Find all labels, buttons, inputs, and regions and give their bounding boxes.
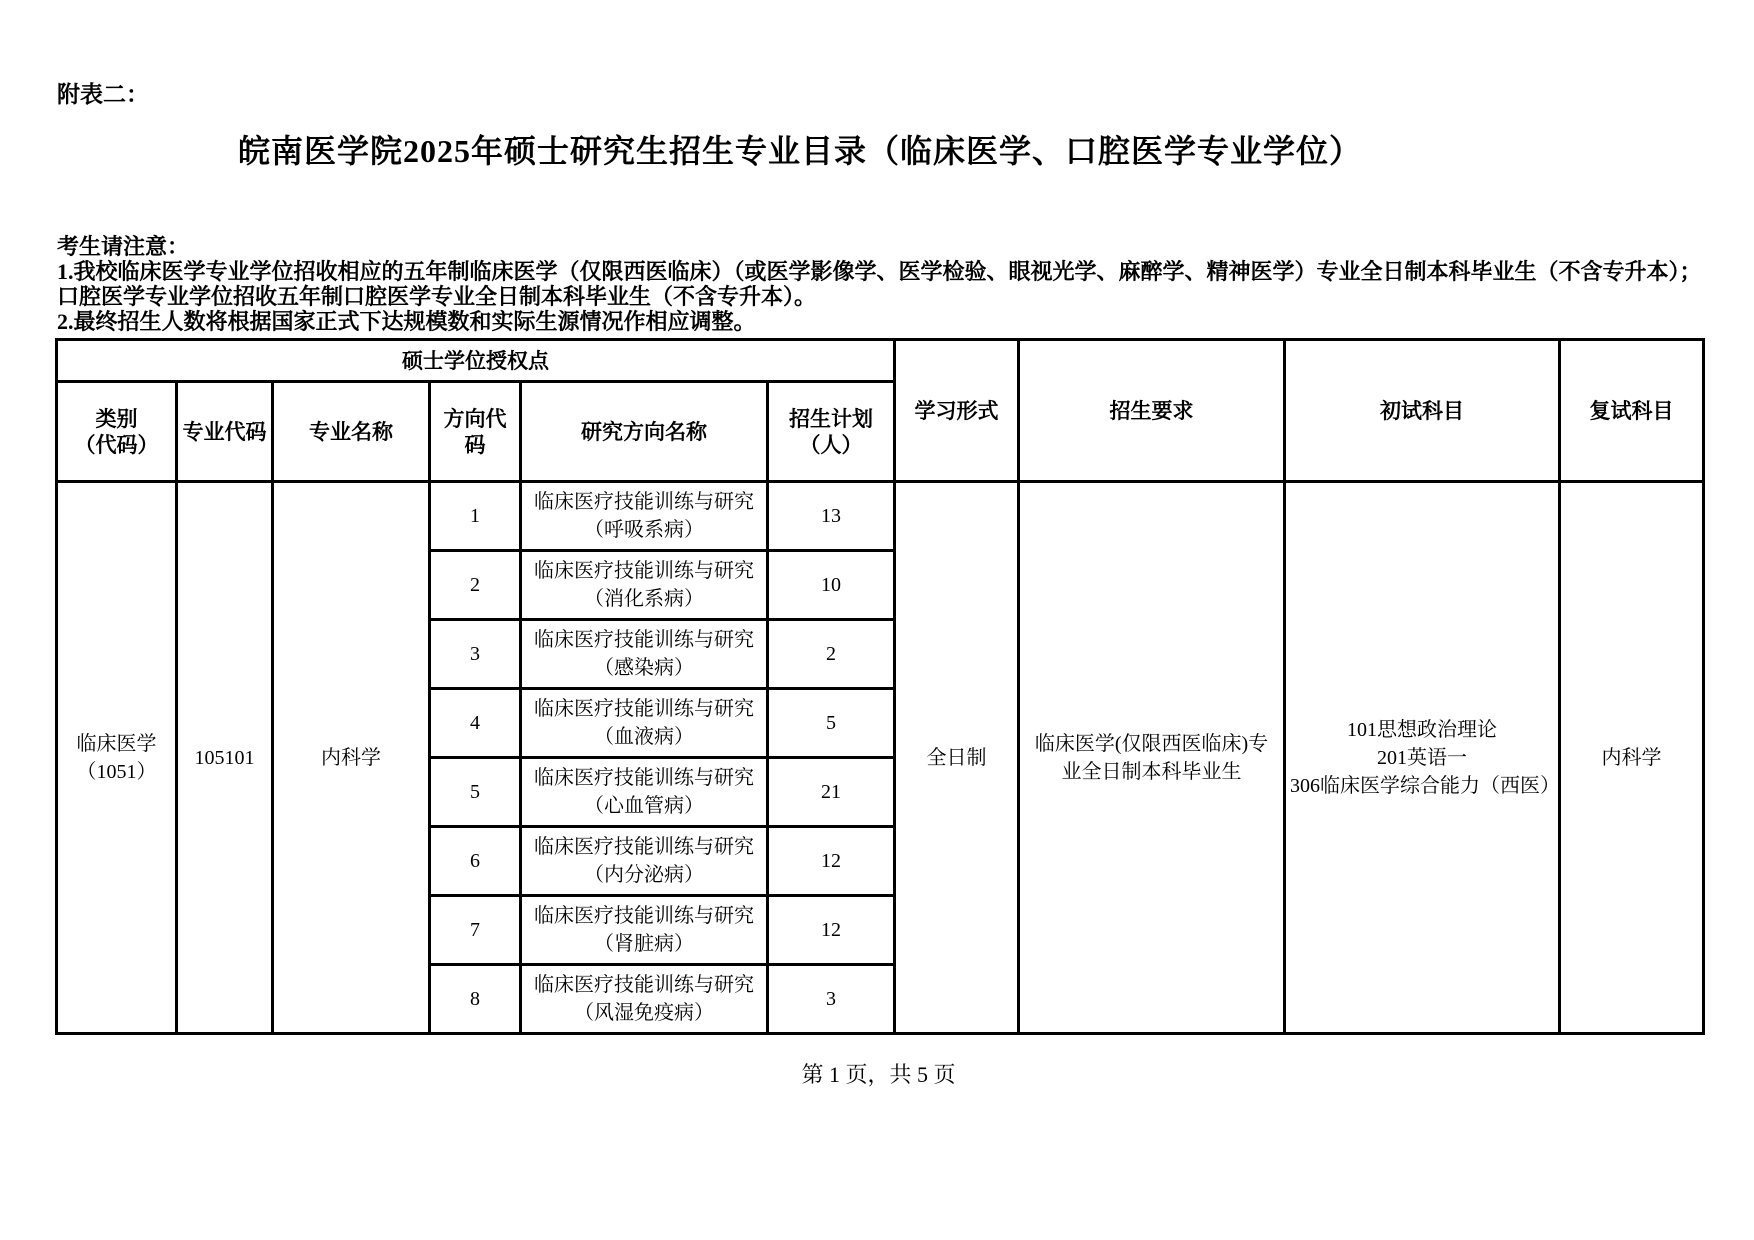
- direction-name-cell: 临床医疗技能训练与研究 （肾脏病）: [521, 896, 768, 965]
- plan-cell: 2: [768, 620, 895, 689]
- direction-name-cell: 临床医疗技能训练与研究 （血液病）: [521, 689, 768, 758]
- major-code-cell: 105101: [177, 482, 273, 1034]
- col-header-direction-name: 研究方向名称: [521, 382, 768, 482]
- plan-cell: 13: [768, 482, 895, 551]
- notes-block: 考生请注意： 1.我校临床医学专业学位招收相应的五年制临床医学（仅限西医临床）（…: [57, 234, 1702, 334]
- col-header-major-code: 专业代码: [177, 382, 273, 482]
- note-item-1: 1.我校临床医学专业学位招收相应的五年制临床医学（仅限西医临床）（或医学影像学、…: [57, 259, 1702, 309]
- col-header-study-mode: 学习形式: [895, 340, 1019, 482]
- col-header-category: 类别 （代码）: [57, 382, 177, 482]
- plan-cell: 12: [768, 827, 895, 896]
- table-row: 临床医学 （1051） 105101 内科学 1 临床医疗技能训练与研究 （呼吸…: [57, 482, 1704, 551]
- direction-code-cell: 8: [430, 965, 521, 1034]
- direction-code-cell: 7: [430, 896, 521, 965]
- plan-cell: 21: [768, 758, 895, 827]
- table-group-header-row: 硕士学位授权点 学习形式 招生要求 初试科目 复试科目: [57, 340, 1704, 382]
- category-cell: 临床医学 （1051）: [57, 482, 177, 1034]
- direction-code-cell: 4: [430, 689, 521, 758]
- col-header-major-name: 专业名称: [273, 382, 430, 482]
- plan-cell: 3: [768, 965, 895, 1034]
- admission-table: 硕士学位授权点 学习形式 招生要求 初试科目 复试科目 类别 （代码） 专业代码…: [55, 338, 1705, 1035]
- admission-requirement-cell: 临床医学(仅限西医临床)专 业全日制本科毕业生: [1019, 482, 1285, 1034]
- direction-name-cell: 临床医疗技能训练与研究 （消化系病）: [521, 551, 768, 620]
- plan-cell: 5: [768, 689, 895, 758]
- direction-code-cell: 2: [430, 551, 521, 620]
- direction-name-cell: 临床医疗技能训练与研究 （心血管病）: [521, 758, 768, 827]
- direction-code-cell: 5: [430, 758, 521, 827]
- page-annotation: 附表二：: [57, 76, 149, 109]
- col-header-admission-requirement: 招生要求: [1019, 340, 1285, 482]
- page-footer: 第 1 页，共 5 页: [55, 1058, 1702, 1089]
- direction-code-cell: 3: [430, 620, 521, 689]
- direction-code-cell: 6: [430, 827, 521, 896]
- retest-subject-cell: 内科学: [1560, 482, 1704, 1034]
- col-header-plan: 招生计划 （人）: [768, 382, 895, 482]
- notes-heading: 考生请注意：: [57, 234, 1702, 259]
- direction-name-cell: 临床医疗技能训练与研究 （内分泌病）: [521, 827, 768, 896]
- major-name-cell: 内科学: [273, 482, 430, 1034]
- direction-name-cell: 临床医疗技能训练与研究 （感染病）: [521, 620, 768, 689]
- direction-name-cell: 临床医疗技能训练与研究 （呼吸系病）: [521, 482, 768, 551]
- group-header-cell: 硕士学位授权点: [57, 340, 895, 382]
- initial-exam-subjects-cell: 101思想政治理论 201英语一 306临床医学综合能力（西医）: [1285, 482, 1560, 1034]
- direction-name-cell: 临床医疗技能训练与研究 （风湿免疫病）: [521, 965, 768, 1034]
- plan-cell: 12: [768, 896, 895, 965]
- study-mode-cell: 全日制: [895, 482, 1019, 1034]
- page-title: 皖南医学院2025年硕士研究生招生专业目录（临床医学、口腔医学专业学位）: [0, 126, 1600, 172]
- col-header-direction-code: 方向代码: [430, 382, 521, 482]
- note-item-2: 2.最终招生人数将根据国家正式下达规模数和实际生源情况作相应调整。: [57, 309, 1702, 334]
- col-header-retest-subject: 复试科目: [1560, 340, 1704, 482]
- direction-code-cell: 1: [430, 482, 521, 551]
- plan-cell: 10: [768, 551, 895, 620]
- col-header-initial-exam: 初试科目: [1285, 340, 1560, 482]
